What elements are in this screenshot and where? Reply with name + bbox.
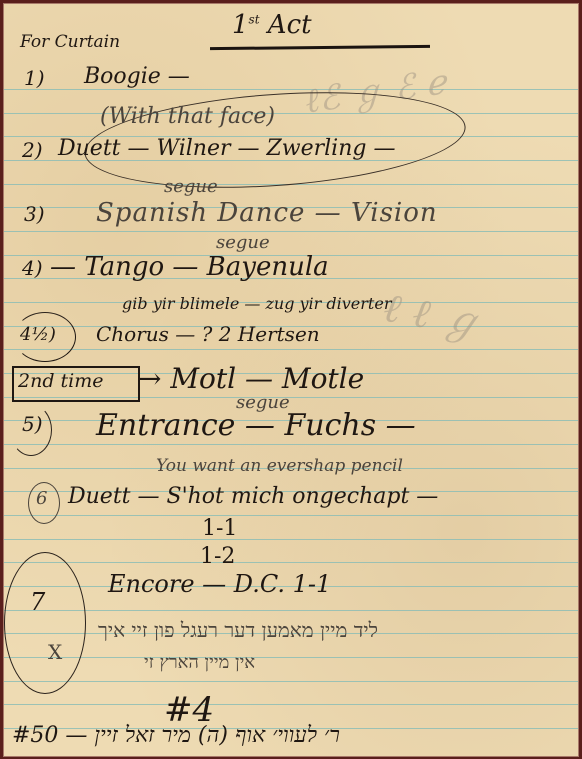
item-title: — Tango — Bayenula xyxy=(50,252,329,282)
item-title: Boogie — xyxy=(84,64,190,89)
item-number: 2) xyxy=(22,138,43,162)
bleed-through-text: ℓ ℓ ℊ xyxy=(380,276,487,349)
ruled-line xyxy=(4,349,578,350)
yiddish-lyric-line: אין מיין הארץ זי xyxy=(144,652,255,673)
ruled-line xyxy=(4,539,578,540)
item-title: Duett — S'hot mich ongechapt — xyxy=(68,484,438,509)
item-number: 6 xyxy=(36,488,47,509)
yiddish-lyric-line: ליד מיין מאמען דער רעגל פון זיי איך xyxy=(98,618,378,643)
ruled-line xyxy=(4,610,578,611)
ruled-line xyxy=(4,89,578,90)
item-number: 1) xyxy=(24,66,45,90)
ruled-line xyxy=(4,444,578,445)
item-note: (With that face) xyxy=(100,104,275,129)
manuscript-page: ℓℰ ℊ ℰ ℯ ℓ ℓ ℊ 1st Act For Curtain 1) Bo… xyxy=(3,3,579,757)
item-number: 3) xyxy=(24,202,45,226)
header-note: For Curtain xyxy=(20,32,120,52)
item-note: You want an evershap pencil xyxy=(156,456,403,476)
page-title: 1st Act xyxy=(232,10,312,40)
cue-number: 1-1 xyxy=(202,516,237,541)
ruled-line xyxy=(4,231,578,232)
item-number: 4) xyxy=(22,256,43,280)
cue-number: 1-2 xyxy=(200,544,235,569)
footer-line: #50 — ר׳ לעווי׳ אוף (ה) מיר זאל זיין xyxy=(12,722,340,748)
ruled-line xyxy=(4,515,578,516)
ruled-line xyxy=(4,657,578,658)
item-title: → Motl — Motle xyxy=(138,362,364,395)
segue-note: segue xyxy=(216,232,270,253)
box-label: 2nd time xyxy=(18,370,104,392)
ruled-line xyxy=(4,681,578,682)
ruled-line xyxy=(4,562,578,563)
item-title: Entrance — Fuchs — xyxy=(96,408,416,443)
item-number: 4½) xyxy=(20,324,56,345)
segue-note: segue xyxy=(164,176,218,197)
title-underline xyxy=(210,45,430,50)
item-title: Chorus — ? 2 Hertsen xyxy=(96,322,320,346)
item-number: 7 xyxy=(30,588,45,616)
item-title: Duett — Wilner — Zwerling — xyxy=(58,136,395,161)
item-number: 5) xyxy=(22,412,43,436)
item-subtext: gib yir blimele — zug yir diverter xyxy=(122,294,391,313)
ruled-line xyxy=(4,704,578,705)
item-title: Encore — D.C. 1-1 xyxy=(108,570,331,598)
x-mark: X xyxy=(48,640,62,664)
circled-section xyxy=(4,552,86,694)
item-title: Spanish Dance — Vision xyxy=(96,198,438,228)
